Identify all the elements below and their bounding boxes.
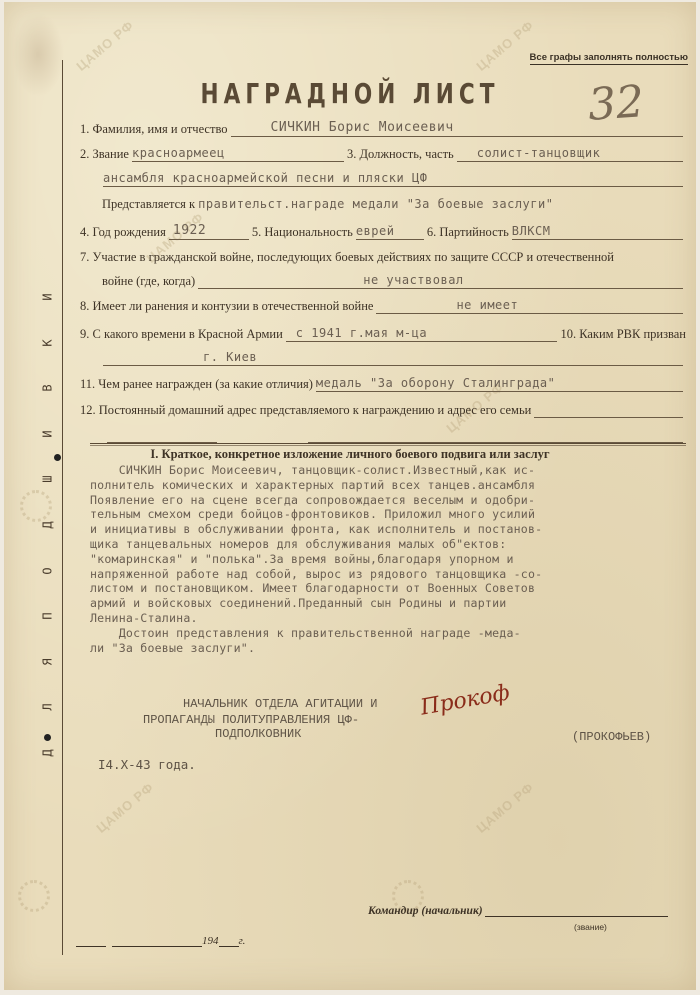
- field-label: 5. Национальность: [252, 225, 353, 240]
- field-value-line: ансамбля красноармейской песни и пляски …: [103, 172, 683, 187]
- field-label: 4. Год рождения: [80, 225, 166, 240]
- field-value-line: не участвовал: [198, 274, 683, 289]
- bottom-year: 194: [202, 935, 219, 947]
- field-row-address: 12. Постоянный домашний адрес представля…: [80, 403, 686, 418]
- bottom-year-suffix: г.: [239, 935, 246, 947]
- field-label: 12. Постоянный домашний адрес представля…: [80, 403, 531, 418]
- instruction-note: Все графы заполнять полностью: [530, 52, 688, 65]
- field-value-line: [107, 428, 217, 443]
- binding-margin-line: [62, 60, 63, 955]
- section-divider: [90, 445, 686, 446]
- margin-stamp: Д Л Я П О Д Ш И В К И: [38, 290, 58, 760]
- field-row-birth: 4. Год рождения 1922 5. Национальность е…: [80, 225, 686, 240]
- field-row-war-participation-cont: войне (где, когда) не участвовал: [102, 274, 686, 289]
- signatory-name: (ПРОКОФЬЕВ): [572, 730, 651, 744]
- field-label: 8. Имеет ли ранения и контузии в отечест…: [80, 299, 373, 314]
- field-value-rank: красноармеец: [132, 146, 225, 160]
- field-value-line: [534, 403, 683, 418]
- field-value-name: СИЧКИН Борис Моисеевич: [271, 120, 454, 135]
- field-value-wounds: не имеет: [456, 298, 518, 312]
- field-row-rvk: г. Киев: [100, 351, 686, 366]
- field-value-line: ВЛКСМ: [512, 225, 683, 240]
- field-label: войне (где, когда): [102, 274, 195, 289]
- field-row-wounds: 8. Имеет ли ранения и контузии в отечест…: [80, 299, 686, 314]
- field-value-position: солист-танцовщик: [477, 146, 601, 160]
- rank-caption: (звание): [574, 922, 607, 932]
- field-row-war-participation: 7. Участие в гражданской войне, последую…: [80, 250, 686, 265]
- section-divider: [90, 443, 686, 444]
- commander-label: Командир (начальник): [368, 905, 483, 917]
- field-row-army-since: 9. С какого времени в Красной Армии с 19…: [80, 327, 686, 342]
- field-value-line: не имеет: [376, 299, 683, 314]
- field-label: 2. Звание: [80, 147, 129, 162]
- field-label: 10. Каким РВК призван: [560, 327, 686, 342]
- document-date: I4.X-43 года.: [98, 757, 196, 772]
- field-value-rvk: г. Киев: [203, 350, 257, 364]
- field-label: Представляется к: [102, 197, 195, 212]
- field-row-prior-awards: 11. Чем ранее награжден (за какие отличи…: [80, 377, 686, 392]
- binding-hole-mark: [44, 734, 51, 741]
- watermark-gear-icon: [18, 880, 50, 912]
- merit-narrative: СИЧКИН Борис Моисеевич, танцовщик-солист…: [90, 463, 690, 655]
- field-value-birth-year: 1922: [173, 223, 206, 238]
- field-row-name: 1. Фамилия, имя и отчество СИЧКИН Борис …: [80, 122, 686, 137]
- field-label: 6. Партийность: [427, 225, 509, 240]
- field-label: 11. Чем ранее награжден (за какие отличи…: [80, 377, 313, 392]
- section-heading: I. Краткое, конкретное изложение личного…: [0, 447, 700, 462]
- field-value-line: 1922: [169, 225, 249, 240]
- field-row-position-cont: ансамбля красноармейской песни и пляски …: [100, 172, 686, 187]
- field-value-line: солист-танцовщик: [457, 147, 683, 162]
- field-value-line: еврей: [356, 225, 424, 240]
- field-row-address-cont: [104, 428, 686, 443]
- field-value-army-since: с 1941 г.мая м-ца: [296, 326, 427, 340]
- field-value-line: правительст.награде медали "За боевые за…: [198, 198, 683, 212]
- field-value-award: правительст.награде медали "За боевые за…: [198, 197, 553, 211]
- field-value-war-participation: не участвовал: [363, 273, 463, 287]
- signatory-rank: ПОДПОЛКОВНИК: [215, 727, 301, 741]
- commander-signature-field: Командир (начальник): [368, 905, 668, 917]
- field-value-line: г. Киев: [103, 351, 683, 366]
- field-value-line: [308, 428, 683, 443]
- field-value-party: ВЛКСМ: [512, 224, 551, 238]
- field-value-line: красноармеец: [132, 147, 344, 162]
- field-label: 3. Должность, часть: [347, 147, 454, 162]
- commander-line: [485, 906, 668, 917]
- field-value-line: с 1941 г.мая м-ца: [286, 327, 558, 342]
- field-label: 9. С какого времени в Красной Армии: [80, 327, 283, 342]
- field-label: 1. Фамилия, имя и отчество: [80, 122, 228, 137]
- bottom-date-field: 194 г.: [76, 935, 245, 947]
- field-value-position-cont: ансамбля красноармейской песни и пляски …: [103, 171, 427, 185]
- field-row-presented: Представляется к правительст.награде мед…: [102, 197, 686, 212]
- field-label: 7. Участие в гражданской войне, последую…: [80, 250, 614, 265]
- signatory-title-line2: ПРОПАГАНДЫ ПОЛИТУПРАВЛЕНИЯ ЦФ-: [143, 713, 359, 727]
- field-value-nationality: еврей: [356, 224, 395, 238]
- field-value-line: медаль "За оборону Сталинграда": [316, 377, 683, 392]
- field-value-line: СИЧКИН Борис Моисеевич: [231, 122, 683, 137]
- field-row-rank: 2. Звание красноармеец 3. Должность, час…: [80, 147, 686, 162]
- signatory-title-line1: НАЧАЛЬНИК ОТДЕЛА АГИТАЦИИ И: [183, 697, 377, 711]
- field-value-prior-awards: медаль "За оборону Сталинграда": [316, 376, 555, 390]
